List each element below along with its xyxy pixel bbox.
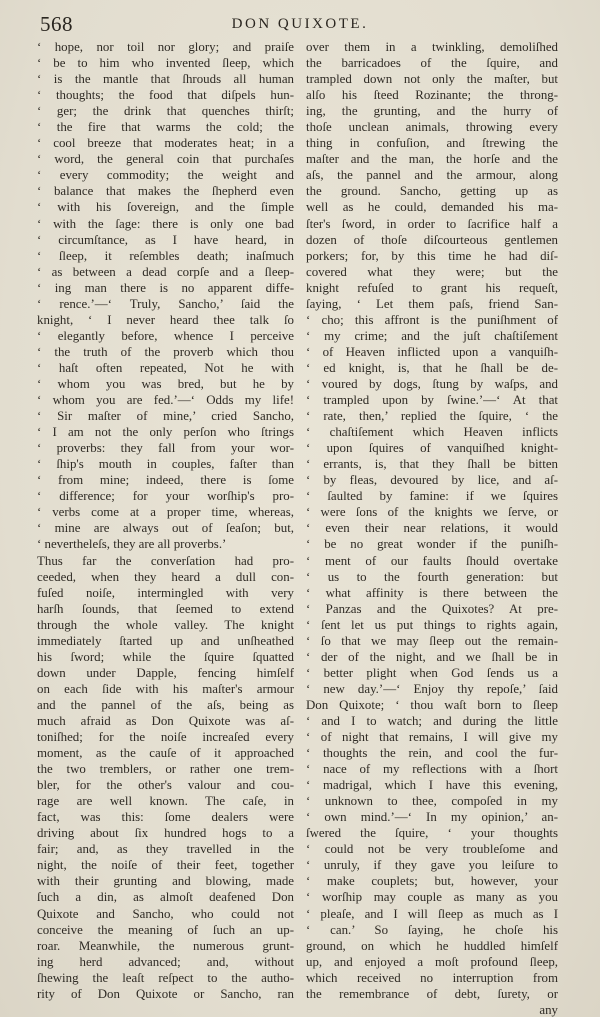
text-line: immediately ſtarted up and unſheathed: [37, 633, 294, 649]
text-line: ‘ ſhip's mouth in couples, faſter than: [37, 456, 294, 472]
text-line: the two tremblers, or rather one trem-: [37, 761, 294, 777]
text-line: ſaying, ‘ Let them paſs, friend San-: [306, 296, 558, 312]
text-line: conceive the meaning of ſuch an up-: [37, 922, 294, 938]
text-line: thing in confuſion, and ſtrewing the: [306, 135, 558, 151]
text-line: thoſe unclean animals, throwing every: [306, 119, 558, 135]
text-line: ‘ of night that remains, I will give my: [306, 729, 558, 745]
text-line: ‘ could not be very troubleſome and: [306, 841, 558, 857]
text-line: fair; and, as they travelled in the: [37, 841, 294, 857]
text-line: ſter's ſword, in order to ſacrifice half…: [306, 216, 558, 232]
text-line: ‘ can.’ So ſaying, he choſe his: [306, 922, 558, 938]
text-line: ‘ were ſons of the knights we ſerve, or: [306, 504, 558, 520]
text-line: ‘ ſo that we may ſleep out the remain-: [306, 633, 558, 649]
text-line: knight, ‘ I never heard thee talk ſo: [37, 312, 294, 328]
text-line: ‘ the truth of the proverb which thou: [37, 344, 294, 360]
text-line: roar. Meanwhile, the numerous grunt-: [37, 938, 294, 954]
page-header: 568 DON QUIXOTE.: [0, 10, 600, 40]
text-line: ſuch a din, as almoſt deafened Don: [37, 889, 294, 905]
text-line: ‘ word, the general coin that purchaſes: [37, 151, 294, 167]
text-line: ‘ ſent let us put things to rights again…: [306, 617, 558, 633]
text-line: ‘ hope, nor toil nor glory; and praiſe: [37, 39, 294, 55]
text-line: ‘ verbs come at a proper time, whereas,: [37, 504, 294, 520]
text-line: rity of Don Quixote or Sancho, ran: [37, 986, 294, 1002]
text-line: ‘ the fire that warms the cold; the: [37, 119, 294, 135]
text-line: night, the noiſe of their feet, together: [37, 857, 294, 873]
text-line: ‘ chaſtiſement which Heaven inflicts: [306, 424, 558, 440]
text-line: ſwered the ſquire, ‘ your thoughts: [306, 825, 558, 841]
text-line: ‘ pleaſe, and I will ſleep as much as I: [306, 906, 558, 922]
text-line: ‘ worſhip may couple as many as you: [306, 889, 558, 905]
book-page: 568 DON QUIXOTE. ‘ hope, nor toil nor gl…: [0, 0, 600, 1017]
text-line: ‘ ing man there is no apparent diffe-: [37, 280, 294, 296]
text-line: ‘ and I to watch; and during the little: [306, 713, 558, 729]
text-line: fuſed noiſe, intermingled with very: [37, 585, 294, 601]
text-line: the ground. Sancho, getting up as: [306, 183, 558, 199]
text-line: ſhewing the leaſt reſpect to the autho-: [37, 970, 294, 986]
text-line: ground, on which he huddled himſelf: [306, 938, 558, 954]
text-line: ‘ elegantly before, whence I perceive: [37, 328, 294, 344]
text-line: ceeded, when they heard a dull con-: [37, 569, 294, 585]
text-line: ‘ better plight when God ſends us a: [306, 665, 558, 681]
text-line: ‘ ed knight, is, that he ſhall be de-: [306, 360, 558, 376]
text-line: ‘ is the mantle that ſhrouds all human: [37, 71, 294, 87]
text-line: well as he could, demanded his ma-: [306, 199, 558, 215]
text-line: ‘ make couplets; but, however, your: [306, 873, 558, 889]
text-line: ‘ I am not the only perſon who ſtrings: [37, 424, 294, 440]
text-line: trampled down not only the maſter, but: [306, 71, 558, 87]
text-line: the barricadoes of the ſquire, and: [306, 55, 558, 71]
catchword: any: [306, 1002, 558, 1017]
text-line: aſs, the pannel and the armour, along: [306, 167, 558, 183]
text-line: ‘ unknown to thee, compoſed in my: [306, 793, 558, 809]
text-line: moment, as the cauſe of it approached: [37, 745, 294, 761]
text-line: much afraid as Don Quixote was aſ-: [37, 713, 294, 729]
text-line: harſh ſounds, that ſeemed to extend: [37, 601, 294, 617]
right-text-column: over them in a twinkling, demoliſhedthe …: [306, 39, 558, 1017]
text-line: ‘ new day.’—‘ Enjoy thy repoſe,’ ſaid: [306, 681, 558, 697]
text-line: ‘ whom you was bred, but he by: [37, 376, 294, 392]
text-line: ‘ ger; the drink that quenches thirſt;: [37, 103, 294, 119]
text-line: covered what they were; but the: [306, 264, 558, 280]
text-line: ‘ unruly, if they gave you leiſure to: [306, 857, 558, 873]
text-line: on each ſide with his maſter's armour: [37, 681, 294, 697]
text-line: driving about ſix hundred hogs to a: [37, 825, 294, 841]
text-line: Don Quixote; ‘ thou waſt born to ſleep: [306, 697, 558, 713]
text-line: ‘ my crime; and the juſt chaſtiſement: [306, 328, 558, 344]
text-line: with their grunting and blowing, made: [37, 873, 294, 889]
text-line: ‘ of Heaven inflicted upon a vanquiſh-: [306, 344, 558, 360]
text-line: ‘ difference; for your worſhip's pro-: [37, 488, 294, 504]
text-line: maſter and the man, the horſe and the: [306, 151, 558, 167]
text-line: ‘ ſaulted by famine: if we ſquires: [306, 488, 558, 504]
text-line: knight refuſed to grant his requeſt,: [306, 280, 558, 296]
text-line: ‘ cho; this affront is the puniſhment of: [306, 312, 558, 328]
text-line: the remembrance of debt, ſurety, or: [306, 986, 558, 1002]
text-line: fact, was this: ſome dealers were: [37, 809, 294, 825]
text-line: ‘ from mine; indeed, there is ſome: [37, 472, 294, 488]
text-line: dozen of thoſe diſcourteous gentlemen: [306, 232, 558, 248]
text-line: ‘ errants, is, that they ſhall be bitten: [306, 456, 558, 472]
text-line: ‘ as between a dead corpſe and a ſleep-: [37, 264, 294, 280]
text-line: ‘ us to the fourth generation: but: [306, 569, 558, 585]
text-line: ‘ rence.’—‘ Truly, Sancho,’ ſaid the: [37, 296, 294, 312]
text-line: and the pannel of the aſs, being as: [37, 697, 294, 713]
text-line: alſo his ſteed Rozinante; the throng-: [306, 87, 558, 103]
text-line: ‘ with his ſovereign, and the ſimple: [37, 199, 294, 215]
text-line: ‘ voured by dogs, ſtung by waſps, and: [306, 376, 558, 392]
text-line: ‘ be to him who invented ſleep, which: [37, 55, 294, 71]
text-line: ing, the grunting, and the hurry of: [306, 103, 558, 119]
text-line: ‘ even their near relations, it would: [306, 520, 558, 536]
text-line: ‘ every commodity; the weight and: [37, 167, 294, 183]
text-line: toniſhed; for the noiſe increaſed every: [37, 729, 294, 745]
text-line: ‘ haſt often repeated, Not he with: [37, 360, 294, 376]
text-line: ‘ whom you are fed.’—‘ Odds my life!: [37, 392, 294, 408]
text-line: Quixote and Sancho, who could not: [37, 906, 294, 922]
text-line: ‘ nevertheleſs, they are all proverbs.’: [37, 536, 294, 552]
text-line: ‘ thoughts; the food that diſpels hun-: [37, 87, 294, 103]
text-line: which received no interruption from: [306, 970, 558, 986]
text-line: ‘ balance that makes the ſhepherd even: [37, 183, 294, 199]
text-line: ‘ proverbs: they fall from your wor-: [37, 440, 294, 456]
text-line: ‘ ſleep, it reſembles death; inaſmuch: [37, 248, 294, 264]
text-line: ‘ cool breeze that moderates heat; in a: [37, 135, 294, 151]
text-line: over them in a twinkling, demoliſhed: [306, 39, 558, 55]
left-text-column: ‘ hope, nor toil nor glory; and praiſe‘ …: [37, 39, 294, 1002]
text-line: ‘ own mind.’—‘ In my opinion,’ an-: [306, 809, 558, 825]
text-line: ‘ thoughts the rein, and cool the fur-: [306, 745, 558, 761]
text-line: ‘ by fleas, devoured by lice, and aſ-: [306, 472, 558, 488]
text-line: down under Dapple, fencing himſelf: [37, 665, 294, 681]
text-line: Thus far the converſation had pro-: [37, 553, 294, 569]
text-line: ‘ der of the night, and we ſhall be in: [306, 649, 558, 665]
running-title: DON QUIXOTE.: [0, 16, 600, 33]
text-line: ‘ ment of our faults ſhould overtake: [306, 553, 558, 569]
text-line: ‘ circumſtance, as I have heard, in: [37, 232, 294, 248]
text-line: ‘ with the ſage: there is only one bad: [37, 216, 294, 232]
text-line: porkers; for, by this time he had diſ-: [306, 248, 558, 264]
text-line: ‘ mine are always out of ſeaſon; but,: [37, 520, 294, 536]
text-line: ‘ be no great wonder if the puniſh-: [306, 536, 558, 552]
text-line: ‘ Sir maſter of mine,’ cried Sancho,: [37, 408, 294, 424]
text-line: ‘ madrigal, which I have this evening,: [306, 777, 558, 793]
text-line: ‘ nace of my reflections with a ſhort: [306, 761, 558, 777]
text-line: ing herd advanced; and, without: [37, 954, 294, 970]
text-line: ‘ upon ſquires of vanquiſhed knight-: [306, 440, 558, 456]
text-line: ‘ rate, then,’ replied the ſquire, ‘ the: [306, 408, 558, 424]
text-line: ‘ trampled upon by ſwine.’—‘ At that: [306, 392, 558, 408]
text-line: rage are well known. The caſe, in: [37, 793, 294, 809]
text-line: ‘ Panzas and the Quixotes? At pre-: [306, 601, 558, 617]
text-line: up, and enjoyed a moſt profound ſleep,: [306, 954, 558, 970]
text-line: bler, for the other's valour and cou-: [37, 777, 294, 793]
text-line: through the whole valley. The knight: [37, 617, 294, 633]
text-line: ‘ what affinity is there between the: [306, 585, 558, 601]
text-line: his ſword; while the ſquire ſquatted: [37, 649, 294, 665]
